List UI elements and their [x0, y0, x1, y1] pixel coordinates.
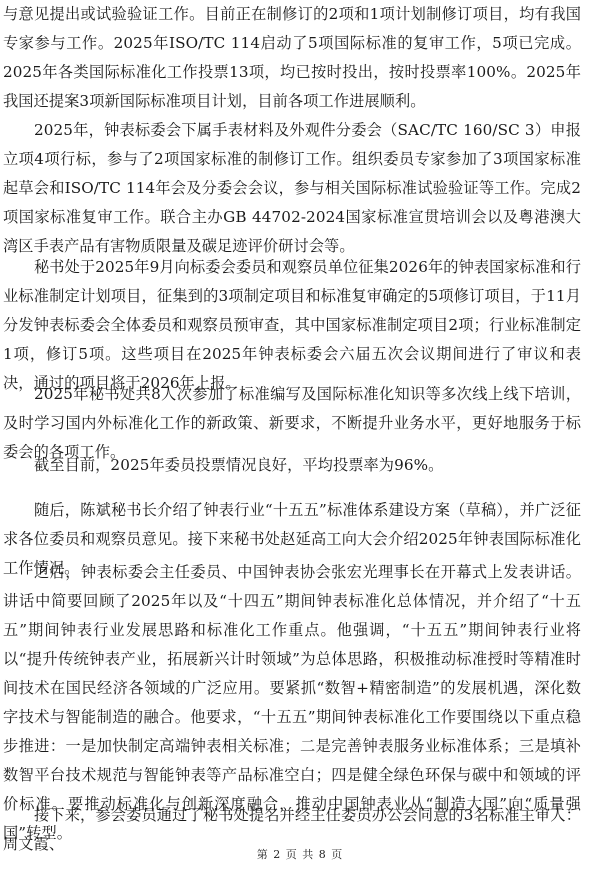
- page-number-footer: 第 2 页 共 8 页: [0, 846, 600, 862]
- paragraph-plan-projects: 秘书处于2025年9月向标委会委员和观察员单位征集2026年的钟表国家标准和行业…: [3, 253, 581, 398]
- paragraph-subcommittee-work: 2025年，钟表标委会下属手表材料及外观件分委会（SAC/TC 160/SC 3…: [3, 116, 581, 261]
- paragraph-international-standards: 与意见提出或试验验证工作。目前正在制修订的2项和1项计划制修订项目，均有我国专家…: [3, 0, 581, 116]
- paragraph-voting-rate: 截至目前，2025年委员投票情况良好，平均投票率为96%。: [3, 451, 581, 480]
